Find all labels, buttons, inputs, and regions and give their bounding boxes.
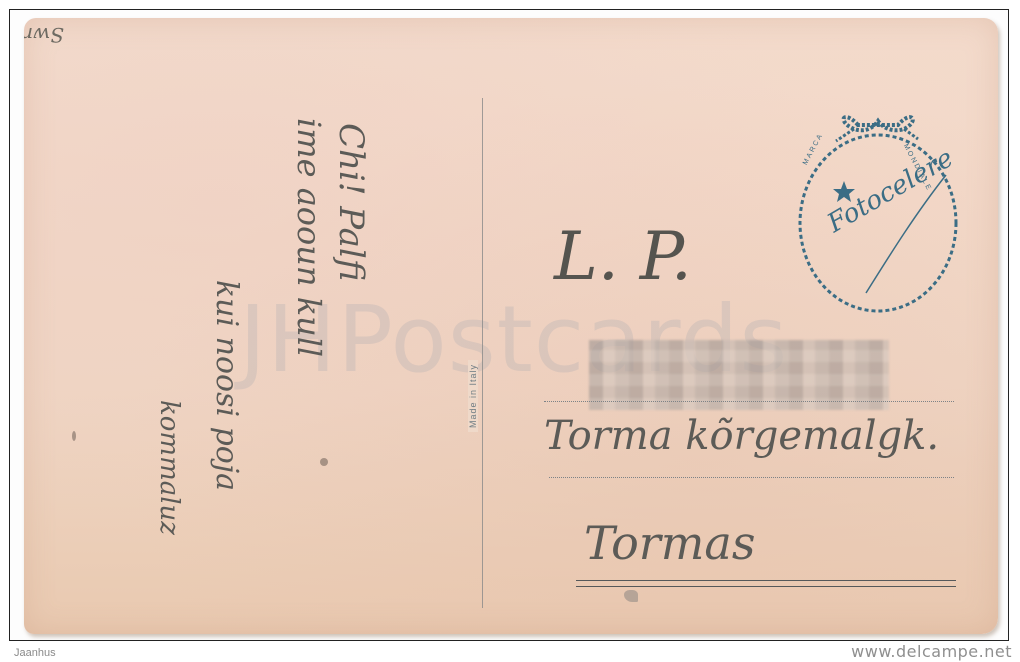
address-line — [549, 477, 954, 478]
center-divider — [482, 98, 483, 608]
message-line: kui noosi poja — [209, 280, 244, 491]
message-line: Chi! Palfi — [331, 123, 371, 281]
address-line-2: Torma kõrgemalgk. — [544, 413, 939, 459]
address-line — [544, 401, 954, 402]
ink-spot — [624, 590, 638, 602]
uploader-credit: Jaanhus — [14, 647, 56, 659]
address-underline — [576, 586, 956, 587]
corner-note-line: c/o vouso — [24, 18, 64, 22]
made-in-label: Made in Italy — [468, 360, 478, 432]
ink-spot — [320, 458, 328, 466]
message-line: ime aooun kull — [290, 118, 328, 357]
corner-note-line: Swrisy 03 — [24, 22, 64, 48]
message-line: kommaluz — [154, 400, 184, 535]
address-line-3: Tormas — [584, 516, 755, 570]
ink-spot — [72, 431, 76, 441]
address-salutation: L. P. — [554, 218, 692, 295]
redacted-recipient-name — [589, 340, 889, 410]
address-underline — [576, 580, 956, 581]
stamp-box: MARCA MONDIALE Fotocelere — [796, 103, 966, 318]
site-link[interactable]: www.delcampe.net — [851, 642, 1012, 661]
corner-note: Swrisy 03 c/o vouso i'II 29 for. — [24, 18, 64, 48]
postcard-back: JHPostcards Swrisy 03 c/o vouso i'II 29 … — [24, 18, 998, 634]
